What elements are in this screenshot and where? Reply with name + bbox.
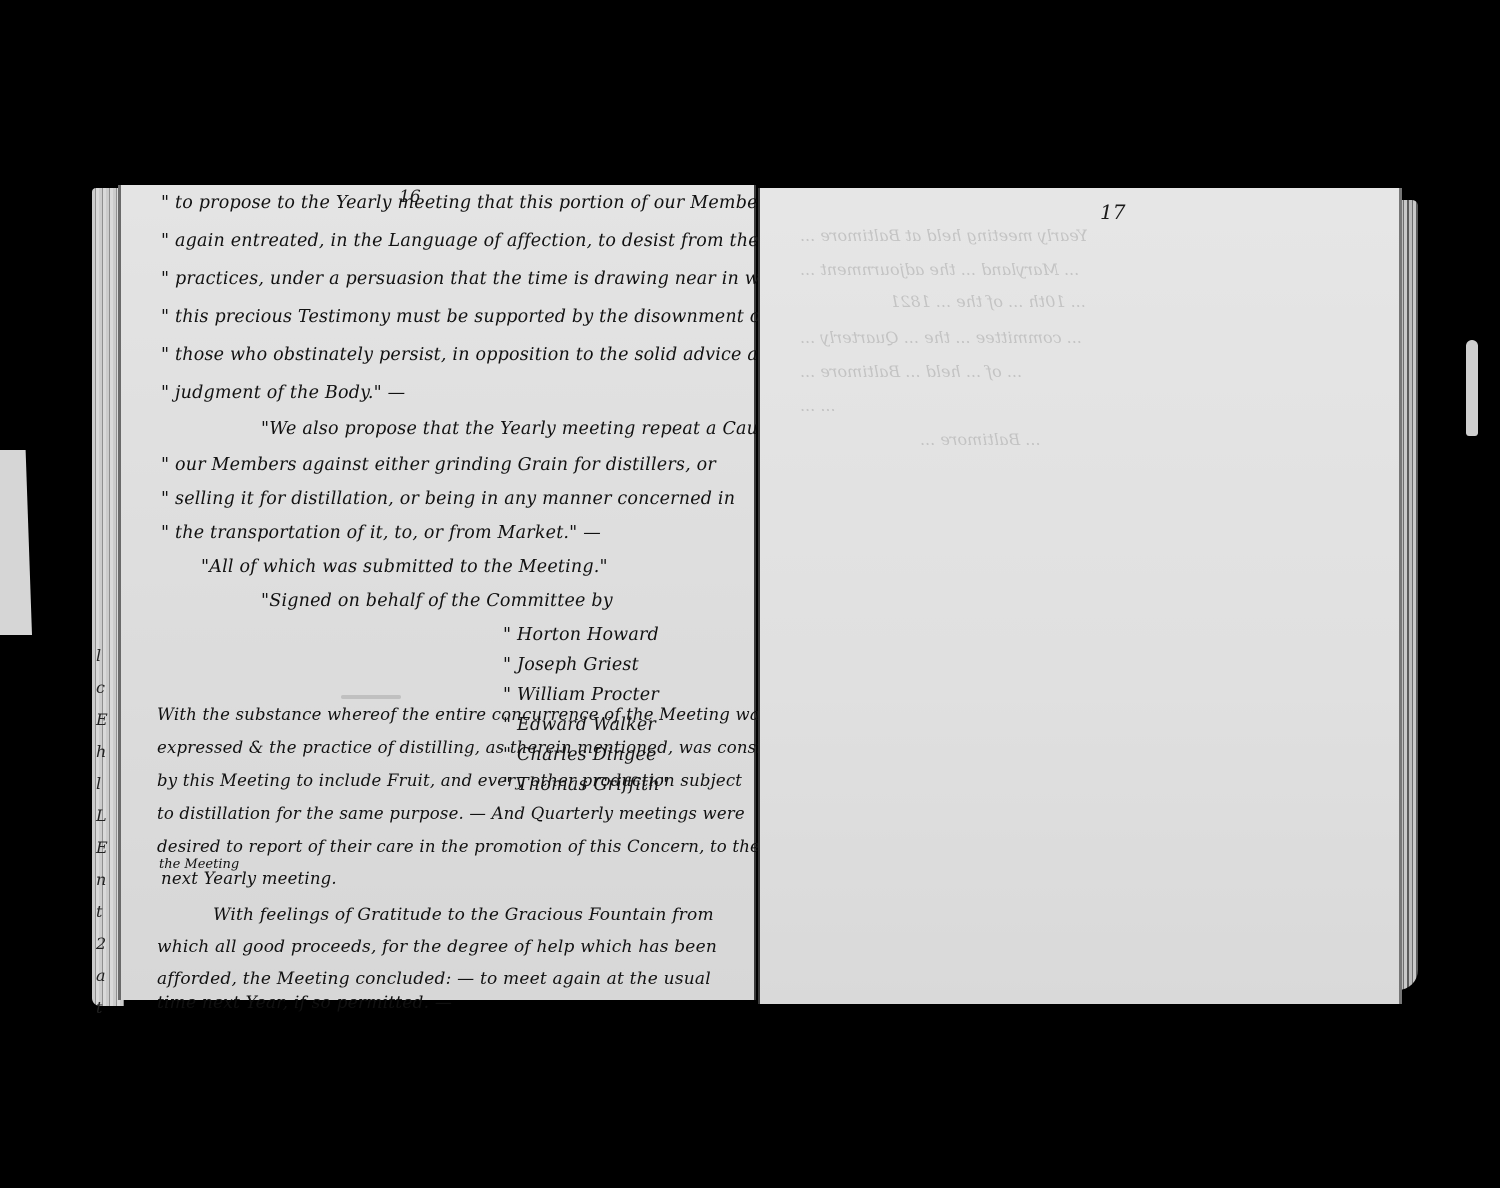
manuscript-line: afforded, the Meeting concluded: — to me… (157, 969, 711, 989)
manuscript-line: " those who obstinately persist, in oppo… (161, 345, 781, 365)
manuscript-line: "All of which was submitted to the Meeti… (201, 557, 608, 577)
ink-smudge (341, 695, 401, 699)
manuscript-line: by this Meeting to include Fruit, and ev… (157, 771, 742, 790)
paper-fragment-left (0, 450, 32, 635)
manuscript-line: " again entreated, in the Language of af… (161, 231, 779, 251)
edge-fragment-letters: l c E h l L E n t 2 a t (96, 640, 116, 1024)
manuscript-line: " the transportation of it, to, or from … (161, 523, 601, 543)
bleed-through-text: Yearly meeting held at Baltimore ... (800, 226, 1088, 245)
manuscript-line: desired to report of their care in the p… (157, 837, 760, 856)
bleed-through-text: ... committee ... the ... Quarterly ... (800, 328, 1082, 347)
manuscript-line: " our Members against either grinding Gr… (161, 455, 716, 475)
manuscript-line: " to propose to the Yearly meeting that … (161, 193, 803, 213)
paper-fragment-right (1466, 340, 1478, 436)
bleed-through-text: ... Baltimore ... (920, 430, 1041, 449)
manuscript-line: to distillation for the same purpose. — … (157, 804, 745, 823)
bleed-through-text: ... ... (800, 396, 836, 415)
manuscript-line: expressed & the practice of distilling, … (157, 738, 811, 757)
manuscript-line: " judgment of the Body." — (161, 383, 405, 403)
signatory: " William Procter (503, 685, 659, 705)
signatory: " Joseph Griest (503, 655, 639, 675)
manuscript-line: next Yearly meeting. (161, 869, 337, 888)
manuscript-line: which all good proceeds, for the degree … (157, 937, 717, 957)
signatory: " Horton Howard (503, 625, 659, 645)
scan-stage: l c E h l L E n t 2 a t 16 " to propose … (0, 0, 1500, 1188)
manuscript-line: "Signed on behalf of the Committee by (261, 591, 613, 611)
manuscript-line: " practices, under a persuasion that the… (161, 269, 799, 289)
manuscript-line: " selling it for distillation, or being … (161, 489, 735, 509)
manuscript-line: With feelings of Gratitude to the Gracio… (213, 905, 714, 925)
bleed-through-text: ... Maryland ... the adjournment ... (800, 260, 1079, 279)
manuscript-line: With the substance whereof the entire co… (157, 705, 769, 724)
left-page: 16 " to propose to the Yearly meeting th… (118, 185, 756, 1000)
manuscript-line: " this precious Testimony must be suppor… (161, 307, 767, 327)
manuscript-line: time next Year, if so permitted. — (157, 993, 452, 1013)
bleed-through-text: ... 10th ... of the ... 1821 (890, 292, 1086, 311)
right-page: 17 Yearly meeting held at Baltimore ... … (758, 188, 1402, 1004)
manuscript-line: "We also propose that the Yearly meeting… (261, 419, 817, 439)
page-number-right: 17 (1100, 200, 1125, 224)
bleed-through-text: ... of ... held ... Baltimore ... (800, 362, 1022, 381)
